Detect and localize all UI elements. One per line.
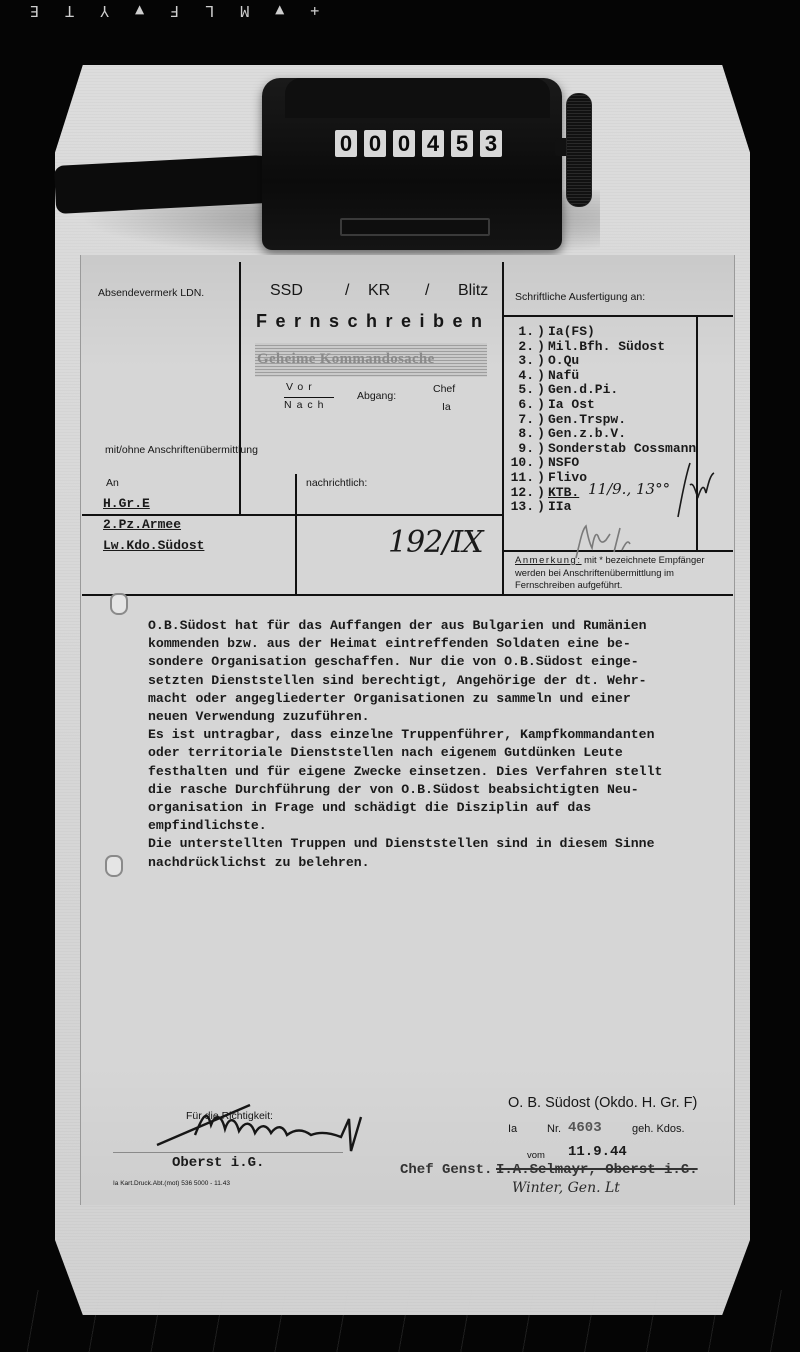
schriftliche-ausfertigung-label: Schriftliche Ausfertigung an: <box>515 291 645 303</box>
ia-footer-label: Ia <box>508 1123 517 1135</box>
nach-label: Nach <box>284 399 329 411</box>
absendevermerk-label: Absendevermerk LDN. <box>98 287 204 299</box>
sender-heading: O. B. Südost (Okdo. H. Gr. F) <box>508 1095 697 1111</box>
mit-ohne-label: mit/ohne Anschriftenübermittlung <box>105 444 258 456</box>
frame-counter-top <box>285 78 550 118</box>
signer-rank: Oberst i.G. <box>172 1155 264 1171</box>
film-scratches <box>0 1290 800 1352</box>
divider <box>239 262 241 515</box>
nr-label: Nr. <box>547 1123 561 1135</box>
handwritten-initials-signature <box>668 455 718 525</box>
document-number: 4603 <box>568 1120 602 1136</box>
handwritten-replacement-name: Winter, Gen. Lt <box>512 1180 620 1196</box>
recipient-row: 2.)Mil.Bfh. Südost <box>510 340 696 355</box>
fraction-line <box>284 397 334 398</box>
priority-blitz: Blitz <box>458 282 488 300</box>
frame-counter-digits: 0 0 0 4 5 3 <box>335 130 502 157</box>
chef-genst-label: Chef Genst. <box>400 1162 492 1178</box>
film-frame-marker: +▼MLF▼YTE <box>0 0 800 22</box>
divider <box>502 262 504 594</box>
print-mark: Ia Kart.Druck.Abt.(mot) 536 5000 - 11.43 <box>113 1180 230 1187</box>
addressee-list: H.Gr.E 2.Pz.Armee Lw.Kdo.Südost <box>103 493 204 556</box>
priority-kr: KR <box>368 282 390 300</box>
form-title: Fernschreiben <box>256 311 491 332</box>
document-date: 11.9.44 <box>568 1144 627 1160</box>
chef-label: Chef <box>433 383 455 395</box>
counter-slot <box>340 218 490 236</box>
vor-label: Vor <box>286 381 317 393</box>
divider <box>503 315 733 317</box>
anmerkung-label: Anmerkung: <box>515 554 582 565</box>
priority-ssd: SSD <box>270 282 303 300</box>
recipient-row: 5.)Gen.d.Pi. <box>510 383 696 398</box>
vom-label: vom <box>527 1150 545 1161</box>
handwritten-receipt-time: 11/9., 13°° <box>588 480 670 498</box>
recipient-row: 3.)O.Qu <box>510 354 696 369</box>
classification-stamp-text: Geheime Kommandosache <box>257 351 435 368</box>
counter-reset-knob <box>566 93 592 207</box>
counter-digit: 0 <box>335 130 357 157</box>
handwritten-reference-number: 192/IX <box>388 525 483 560</box>
recipient-row: 6.)Ia Ost <box>510 398 696 413</box>
recipient-row: 7.)Gen.Trspw. <box>510 413 696 428</box>
classification-stamp: Geheime Kommandosache <box>255 343 487 377</box>
counter-digit: 0 <box>393 130 415 157</box>
punch-hole <box>105 855 123 877</box>
nachrichtlich-label: nachrichtlich: <box>306 477 367 489</box>
struck-through-name: I.A.Selmayr, Oberst i.G. <box>496 1162 698 1178</box>
handwritten-signature <box>155 1095 370 1155</box>
divider <box>82 594 733 596</box>
abgang-label: Abgang: <box>357 390 396 402</box>
message-body: O.B.Südost hat für das Auffangen der aus… <box>148 617 708 872</box>
punch-hole <box>110 593 128 615</box>
recipient-row: 4.)Nafü <box>510 369 696 384</box>
counter-digit: 3 <box>480 130 502 157</box>
divider <box>295 474 297 594</box>
addressee: 2.Pz.Armee <box>103 514 204 535</box>
an-label: An <box>106 477 119 489</box>
addressee: Lw.Kdo.Südost <box>103 535 204 556</box>
signature-line <box>113 1152 343 1153</box>
gkdos-label: geh. Kdos. <box>632 1123 685 1135</box>
recipient-row: 8.)Gen.z.b.V. <box>510 427 696 442</box>
priority-separator: / <box>345 282 349 300</box>
priority-separator: / <box>425 282 429 300</box>
ia-label: Ia <box>442 401 451 413</box>
counter-digit: 5 <box>451 130 473 157</box>
counter-digit: 0 <box>364 130 386 157</box>
counter-digit: 4 <box>422 130 444 157</box>
addressee: H.Gr.E <box>103 493 204 514</box>
anmerkung-note: Anmerkung: mit * bezeichnete Empfänger w… <box>515 554 730 592</box>
recipient-row: 1.)Ia(FS) <box>510 325 696 340</box>
